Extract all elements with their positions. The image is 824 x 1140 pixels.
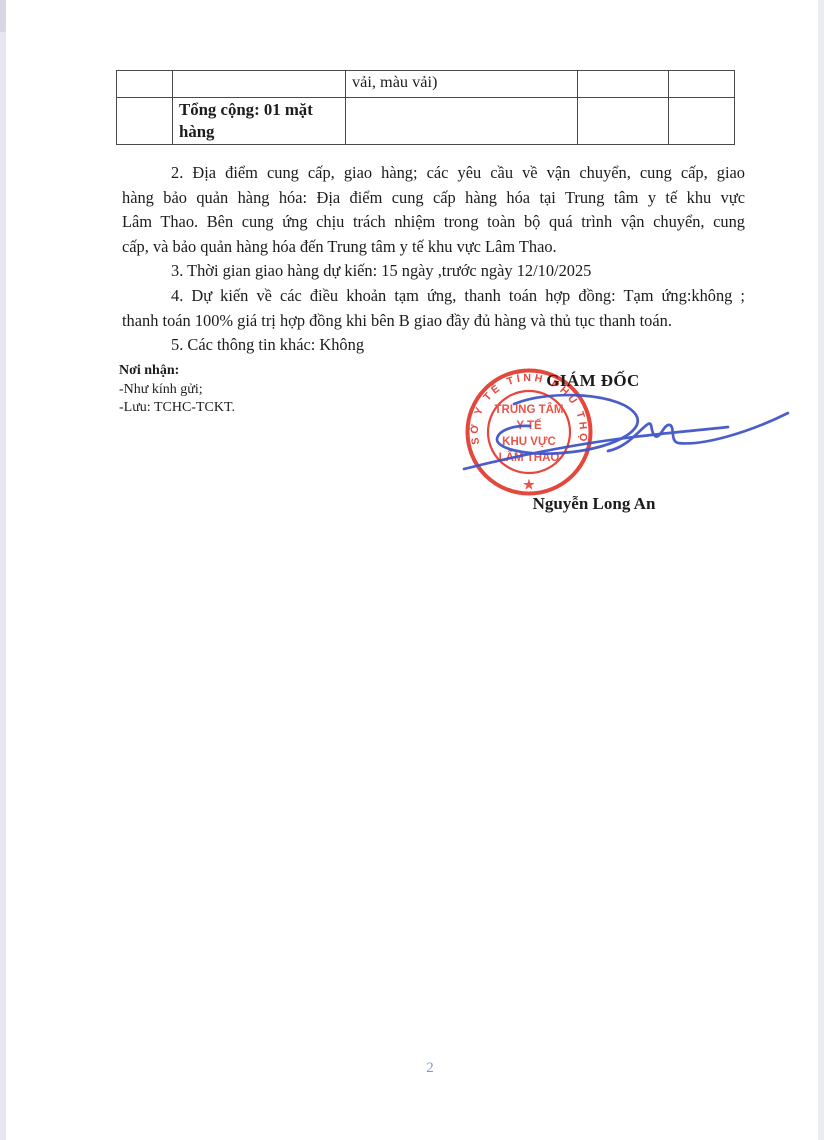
table-cell-item-detail: vải, màu vải) xyxy=(346,71,578,98)
table-row: vải, màu vải) xyxy=(117,71,735,98)
page-edge-left xyxy=(0,0,6,1140)
table-cell xyxy=(578,71,669,98)
body-line: 4. Dự kiến về các điều khoản tạm ứng, th… xyxy=(122,284,745,309)
paragraph-2: 2. Địa điểm cung cấp, giao hàng; các yêu… xyxy=(122,161,745,259)
recipient-item: -Lưu: TCHC-TCKT. xyxy=(119,399,235,418)
body-line: 5. Các thông tin khác: Không xyxy=(122,333,745,358)
table-cell xyxy=(578,98,669,145)
table-cell-total: Tổng cộng: 01 mặt hàng xyxy=(173,98,346,145)
table-cell xyxy=(173,71,346,98)
table-cell xyxy=(117,98,173,145)
body-line: cấp, và bảo quản hàng hóa đến Trung tâm … xyxy=(122,235,745,260)
table-row: Tổng cộng: 01 mặt hàng xyxy=(117,98,735,145)
signature-ink xyxy=(450,385,810,485)
paragraph-5: 5. Các thông tin khác: Không xyxy=(122,333,745,358)
body-line: Lâm Thao. Bên cung ứng chịu trách nhiệm … xyxy=(122,210,745,235)
table-cell xyxy=(346,98,578,145)
page-number: 2 xyxy=(390,1060,470,1077)
table-cell xyxy=(669,71,735,98)
page-edge-right xyxy=(818,0,824,1140)
body-line: 3. Thời gian giao hàng dự kiến: 15 ngày … xyxy=(122,259,745,284)
table-cell xyxy=(669,98,735,145)
summary-table: vải, màu vải) Tổng cộng: 01 mặt hàng xyxy=(116,70,735,145)
page-edge-corner xyxy=(0,0,6,32)
body-line: 2. Địa điểm cung cấp, giao hàng; các yêu… xyxy=(122,161,745,186)
paragraph-4: 4. Dự kiến về các điều khoản tạm ứng, th… xyxy=(122,284,745,333)
recipient-item: -Như kính gửi; xyxy=(119,381,235,400)
signature-stroke-m-tail xyxy=(608,413,788,451)
document-page: vải, màu vải) Tổng cộng: 01 mặt hàng 2. … xyxy=(0,0,824,1140)
body-line: hàng bảo quản hàng hóa: Địa điểm cung cấ… xyxy=(122,186,745,211)
body-line: thanh toán 100% giá trị hợp đồng khi bên… xyxy=(122,309,745,334)
table-cell xyxy=(117,71,173,98)
signee-name: Nguyễn Long An xyxy=(493,494,695,514)
recipients-heading: Nơi nhận: xyxy=(119,362,235,381)
signature-stroke-loop xyxy=(497,395,638,454)
paragraph-3: 3. Thời gian giao hàng dự kiến: 15 ngày … xyxy=(122,259,745,284)
body-text: 2. Địa điểm cung cấp, giao hàng; các yêu… xyxy=(122,161,745,358)
recipients-block: Nơi nhận: -Như kính gửi; -Lưu: TCHC-TCKT… xyxy=(119,362,235,418)
